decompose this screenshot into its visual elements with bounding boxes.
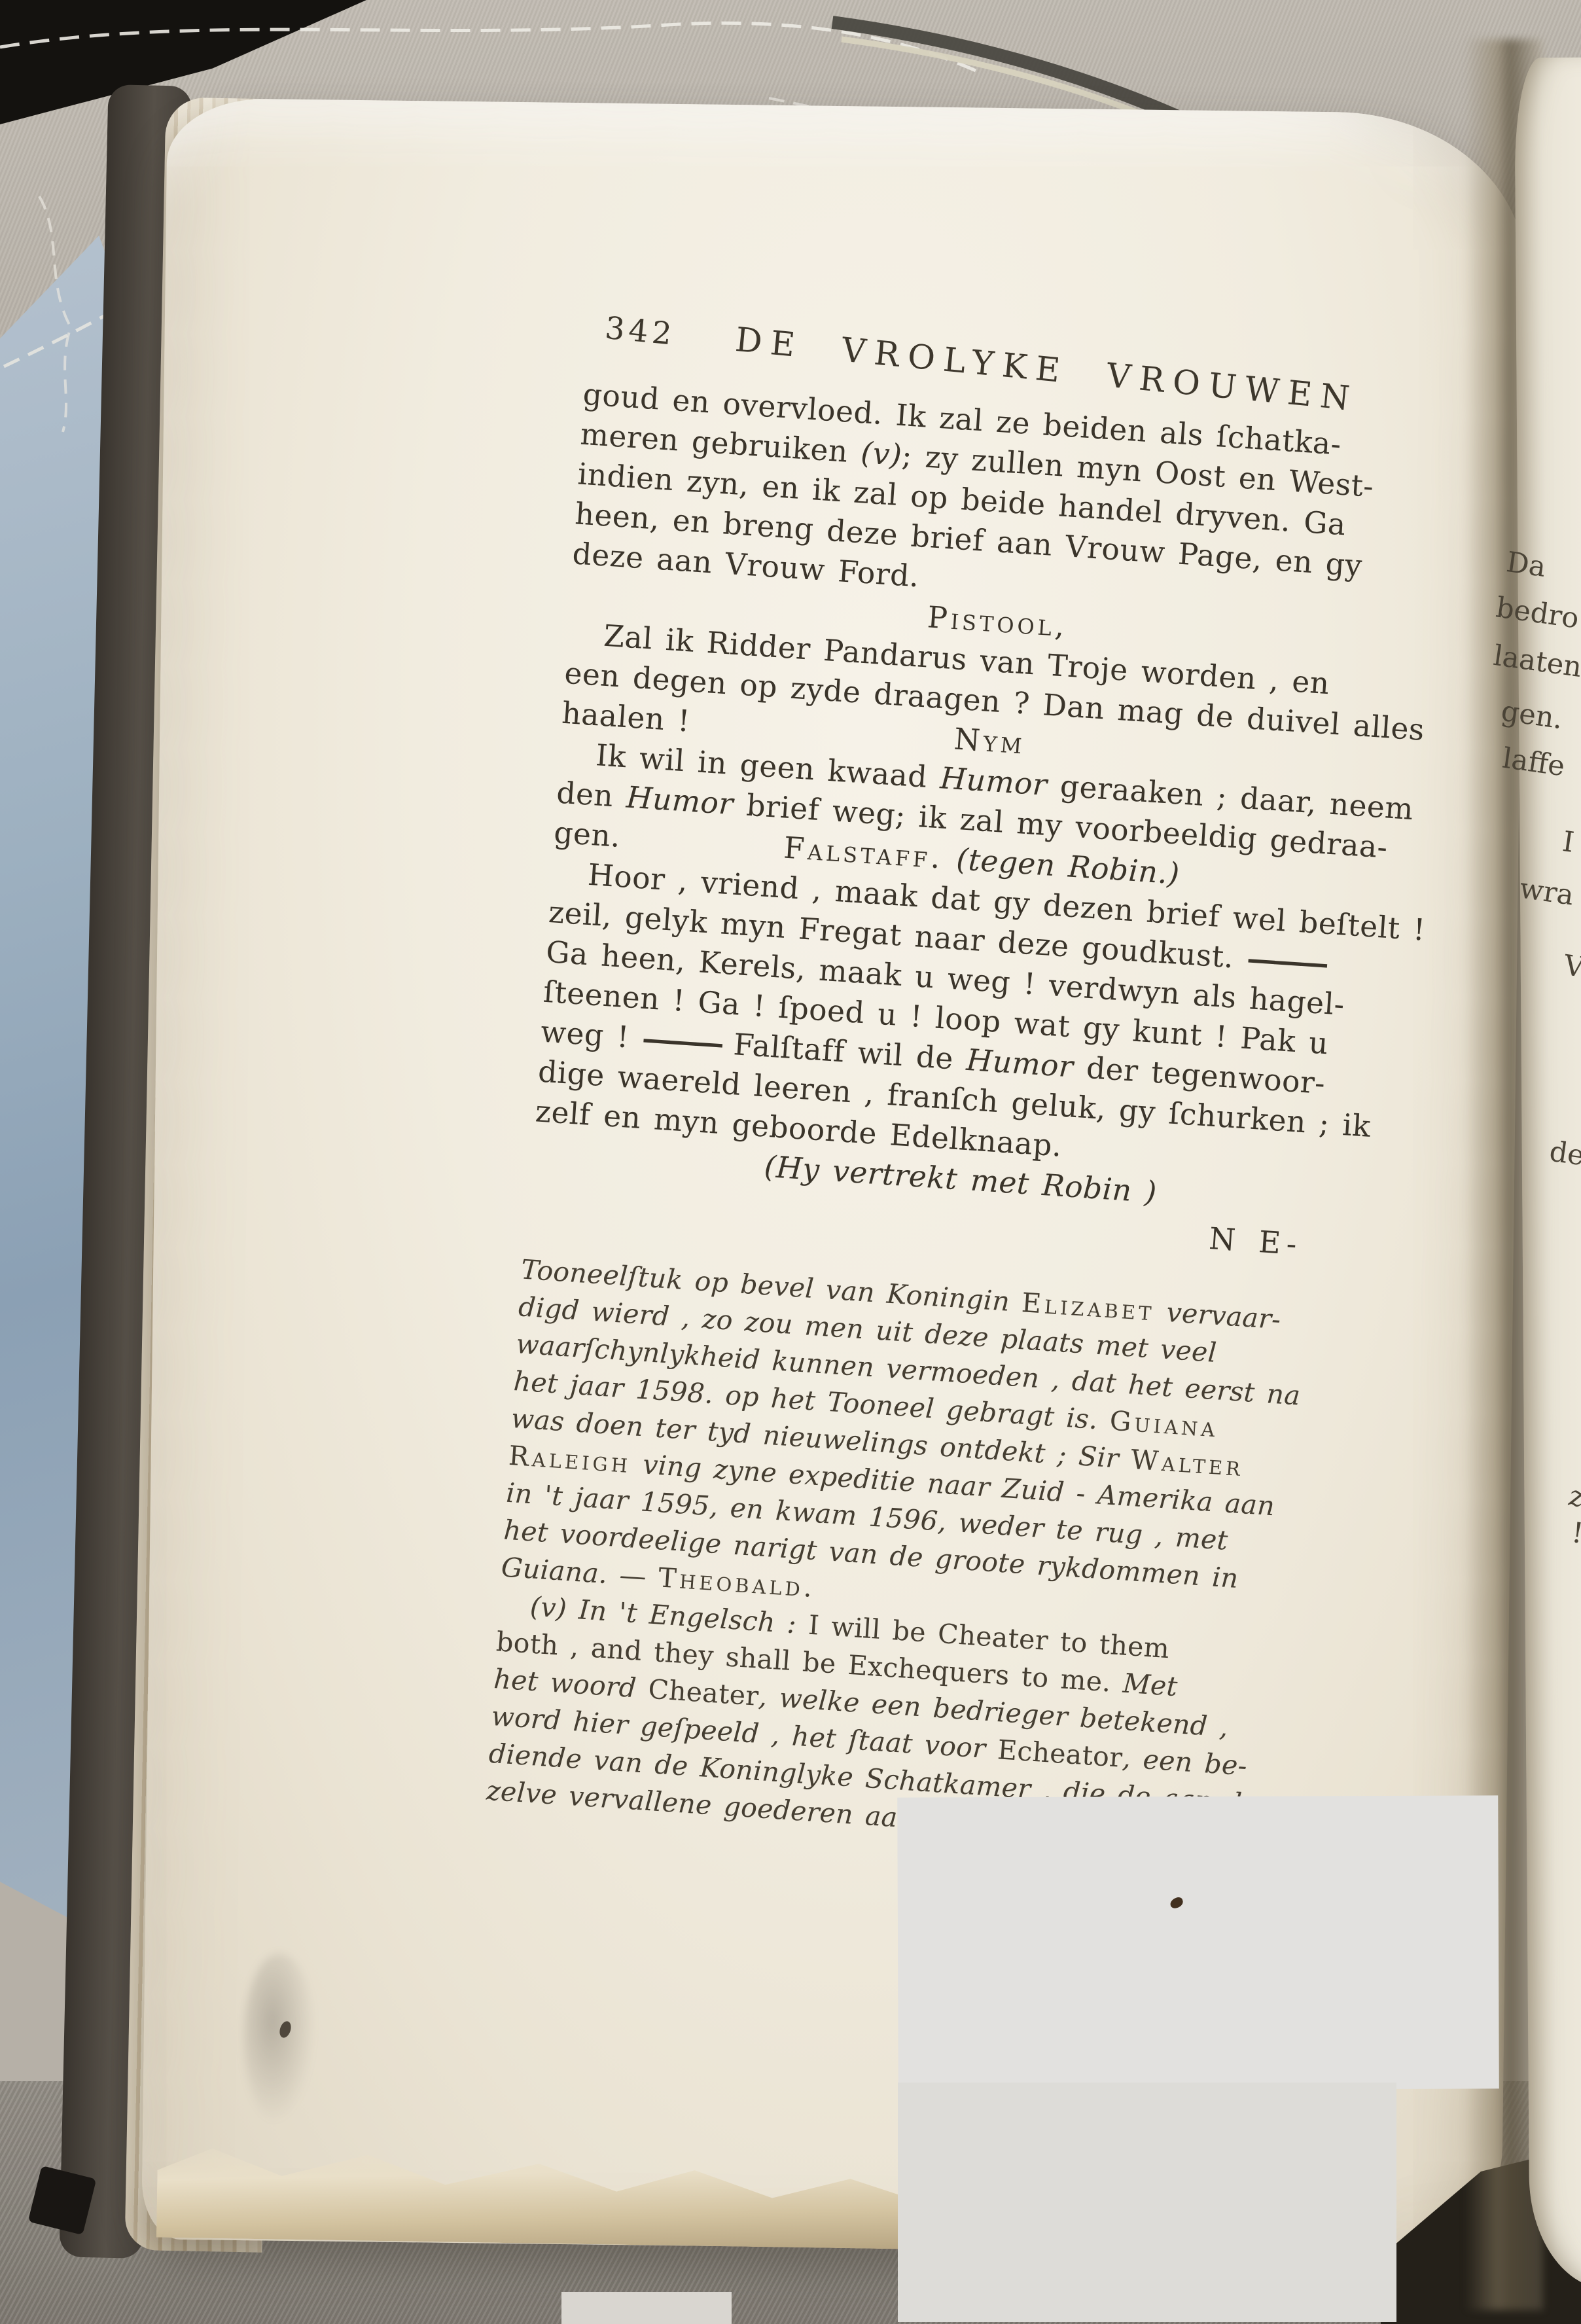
text-segment: Humor [965,1043,1075,1084]
text-segment: Cheater [647,1673,760,1712]
footnote-text: Tooneelſtuk op bevel van Koningin Elizab… [485,1251,1348,1864]
cutoff-word-fragment: de [1548,1135,1581,1173]
text-segment: vervaar- [1154,1296,1282,1336]
text-segment: Humor [625,780,734,822]
cutoff-word-fragment: Da [1504,546,1548,584]
dialogue-text: goud en overvloed. Ik zal ze beiden als … [531,374,1440,1228]
text-segment: Humor [939,760,1048,802]
text-segment: den [556,775,628,814]
text-segment: Guiana [1109,1405,1219,1444]
text-segment: Echeator [997,1734,1124,1774]
text-segment: Walter [1130,1444,1245,1482]
text-segment: Nym [953,721,1026,760]
text-segment: Elizabet [1021,1287,1156,1327]
margin-smudge [243,1954,315,2124]
text-segment: weg ! [540,1014,643,1056]
text-segment: Met [1122,1668,1179,1702]
text-segment: Guiana. — [500,1551,659,1593]
text-segment: ——— [1246,940,1326,981]
text-segment: Raleigh [508,1440,632,1479]
text-segment: het woord [493,1663,649,1705]
text-segment: (v) [860,435,903,473]
white-overlay-patch-top [897,1795,1499,2090]
text-segment: Pistool, [927,599,1069,643]
text-segment: ——— [641,1020,722,1061]
white-overlay-patch-strip [561,2292,732,2324]
text-segment: , een be- [1122,1742,1249,1782]
page-number: 342 [603,308,677,355]
text-segment: Theobald. [658,1562,817,1603]
white-overlay-patch-bottom [898,2083,1396,2322]
photo-of-open-book: Dabedrolaatengen.laffeIwraVdez! 342 DE V… [0,0,1581,2324]
printed-text-block: 342 DE VROLYKE VROUWEN goud en overvloed… [489,306,1444,1867]
